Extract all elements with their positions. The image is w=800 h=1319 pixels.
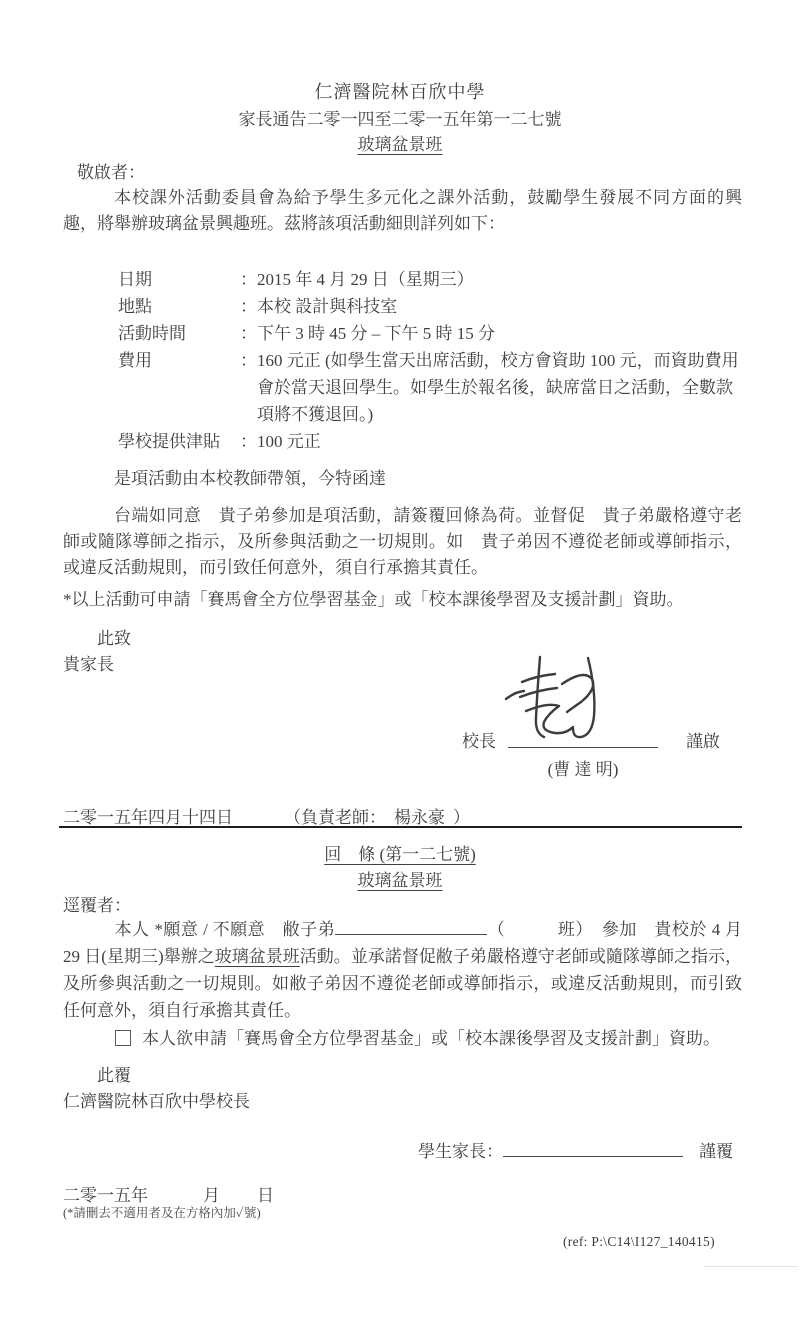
reply-slip-subtitle: 玻璃盆景班 <box>0 866 800 891</box>
reply-closing-salute: 此覆 <box>97 1061 131 1086</box>
detail-value: ：2015 年 4 月 29 日（星期三） <box>240 266 742 293</box>
closing-salute: 此致 <box>97 624 131 649</box>
teacher-suffix: ） <box>453 808 470 827</box>
section-divider <box>59 826 742 828</box>
details-list: 日期 ：2015 年 4 月 29 日（星期三） 地點 ：本校 設計與科技室 活… <box>118 266 742 455</box>
detail-row-date: 日期 ：2015 年 4 月 29 日（星期三） <box>118 266 742 293</box>
reply-slip-title-text: 回 條 (第一二七號) <box>324 845 476 864</box>
reply-slip-paragraph: 本人 *願意 / 不願意 敝子弟（ 班） 參加 貴校於 4 月 29 日(星期三… <box>63 916 742 1024</box>
activity-title: 玻璃盆景班 <box>0 130 800 155</box>
detail-row-subsidy: 學校提供津貼 ：100 元正 <box>118 428 742 455</box>
detail-label: 費用 <box>118 347 240 374</box>
student-name-blank[interactable] <box>335 917 487 935</box>
funding-note: *以上活動可申請「賽馬會全方位學習基金」或「校本課後學習及支援計劃」資助。 <box>63 587 742 613</box>
detail-value: ：160 元正 (如學生當天出席活動，校方會資助 100 元，而資助費用會於當天… <box>240 347 742 428</box>
reply-footnote: (*請刪去不適用者及在方格內加✓號) <box>63 1203 261 1221</box>
detail-row-venue: 地點 ：本校 設計與科技室 <box>118 293 742 320</box>
funding-checkbox-label: 本人欲申請「賽馬會全方位學習基金」或「校本課後學習及支援計劃」資助。 <box>142 1026 720 1052</box>
file-reference: (ref: P:\C14\I127_140415) <box>563 1234 715 1250</box>
detail-value: ：100 元正 <box>240 428 742 455</box>
lead-line: 是項活動由本校教師帶領，今特函達 <box>63 466 742 492</box>
notice-page: 仁濟醫院林百欣中學 家長通告二零一四至二零一五年第一二七號 玻璃盆景班 敬啟者：… <box>0 0 800 1319</box>
detail-value: ：下午 3 時 45 分 – 下午 5 時 15 分 <box>240 320 742 347</box>
intro-paragraph: 本校課外活動委員會為給予學生多元化之課外活動，鼓勵學生發展不同方面的興趣，將舉辦… <box>63 185 742 237</box>
parent-sign-suffix: 謹覆 <box>699 1142 733 1161</box>
issue-date-line: 二零一五年四月十四日（負責老師：楊永豪） <box>63 803 470 828</box>
teacher-prefix: （負責老師： <box>284 808 386 827</box>
issue-date: 二零一五年四月十四日 <box>63 808 233 827</box>
parent-label: 學生家長： <box>418 1142 503 1161</box>
school-name: 仁濟醫院林百欣中學 <box>0 78 800 104</box>
teacher-name: 楊永豪 <box>386 808 453 827</box>
principal-name: (曹 達 明) <box>522 755 644 780</box>
principal-signature-line[interactable] <box>508 727 658 748</box>
detail-label: 日期 <box>118 266 240 293</box>
closing-addressee: 貴家長 <box>63 650 114 675</box>
notice-number: 家長通告二零一四至二零一五年第一二七號 <box>0 105 800 130</box>
detail-label: 活動時間 <box>118 320 240 347</box>
activity-title-text: 玻璃盆景班 <box>358 135 443 154</box>
detail-label: 地點 <box>118 293 240 320</box>
slip-activity-name: 玻璃盆景班 <box>215 947 300 966</box>
detail-label: 學校提供津貼 <box>118 428 240 455</box>
detail-row-fee: 費用 ：160 元正 (如學生當天出席活動，校方會資助 100 元，而資助費用會… <box>118 347 742 428</box>
scan-artifact-line <box>703 1266 798 1267</box>
parent-signature-row: 學生家長：謹覆 <box>418 1137 733 1162</box>
principal-label: 校長 <box>462 727 496 752</box>
reply-slip-salutation: 逕覆者： <box>63 891 131 916</box>
parent-signature-blank[interactable] <box>503 1139 683 1157</box>
slip-body-part1: 本人 *願意 / 不願意 敝子弟 <box>114 920 335 939</box>
salutation: 敬啟者： <box>77 158 145 183</box>
funding-checkbox-row: 本人欲申請「賽馬會全方位學習基金」或「校本課後學習及支援計劃」資助。 <box>115 1026 735 1052</box>
reply-slip-title: 回 條 (第一二七號) <box>0 840 800 865</box>
reply-closing-addressee: 仁濟醫院林百欣中學校長 <box>63 1087 250 1112</box>
reply-slip-subtitle-text: 玻璃盆景班 <box>358 871 443 890</box>
principal-sign-suffix: 謹啟 <box>686 727 720 752</box>
detail-value: ：本校 設計與科技室 <box>240 293 742 320</box>
detail-row-time: 活動時間 ：下午 3 時 45 分 – 下午 5 時 15 分 <box>118 320 742 347</box>
funding-checkbox[interactable] <box>115 1030 131 1046</box>
consent-paragraph: 台端如同意 貴子弟參加是項活動，請簽覆回條為荷。並督促 貴子弟嚴格遵守老師或隨隊… <box>63 503 742 581</box>
